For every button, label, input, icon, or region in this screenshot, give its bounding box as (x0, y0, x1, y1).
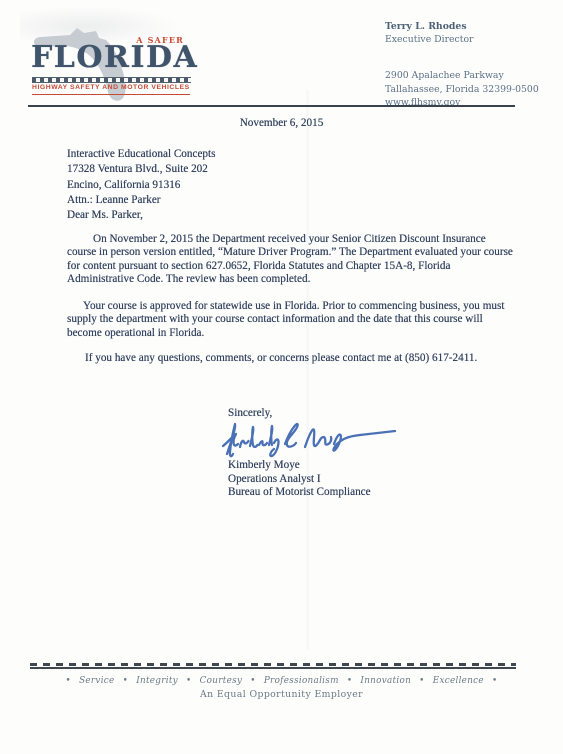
director-title: Executive Director (385, 33, 474, 46)
recipient-line: Interactive Educational Concepts (67, 147, 216, 162)
agency-address: 2900 Apalachee Parkway Tallahassee, Flor… (385, 69, 539, 110)
agency-logo: A SAFER FLORIDA HIGHWAY SAFETY AND MOTOR… (30, 26, 196, 102)
recipient-line: Attn.: Leanne Parker (67, 193, 216, 208)
logo-subtitle: HIGHWAY SAFETY AND MOTOR VEHICLES (32, 84, 190, 95)
handwritten-signature (219, 416, 403, 462)
signer-title: Operations Analyst I (228, 473, 371, 487)
signer-name: Kimberly Moye (228, 459, 371, 473)
address-line: Tallahassee, Florida 32399-0500 (385, 83, 539, 97)
recipient-line: Encino, California 91316 (67, 178, 216, 193)
body-paragraph: Your course is approved for statewide us… (67, 300, 514, 340)
body-paragraph: On November 2, 2015 the Department recei… (67, 233, 514, 287)
scan-streak (306, 90, 309, 650)
signer-block: Kimberly Moye Operations Analyst I Burea… (228, 459, 371, 500)
body-paragraph: If you have any questions, comments, or … (67, 352, 514, 365)
salutation: Dear Ms. Parker, (67, 209, 143, 221)
recipient-block: Interactive Educational Concepts 17328 V… (67, 147, 216, 209)
signer-bureau: Bureau of Motorist Compliance (228, 486, 371, 500)
director-name: Terry L. Rhodes (385, 20, 474, 33)
director-block: Terry L. Rhodes Executive Director (385, 20, 474, 46)
footer-road-stripe (30, 663, 516, 669)
footer-eoe: An Equal Opportunity Employer (0, 689, 563, 700)
letterhead-divider (28, 105, 515, 107)
logo-road-stripe (32, 77, 191, 83)
address-line: 2900 Apalachee Parkway (385, 69, 539, 83)
footer-solid-line (30, 667, 516, 669)
scanned-letter-page: A SAFER FLORIDA HIGHWAY SAFETY AND MOTOR… (0, 0, 563, 754)
agency-website: www.flhsmv.gov (385, 96, 539, 110)
footer-dashed-line (30, 663, 516, 666)
logo-wordmark: FLORIDA (31, 43, 198, 73)
letter-date: November 6, 2015 (0, 117, 563, 129)
footer-values: • Service • Integrity • Courtesy • Profe… (0, 676, 563, 686)
recipient-line: 17328 Ventura Blvd., Suite 202 (67, 162, 216, 177)
